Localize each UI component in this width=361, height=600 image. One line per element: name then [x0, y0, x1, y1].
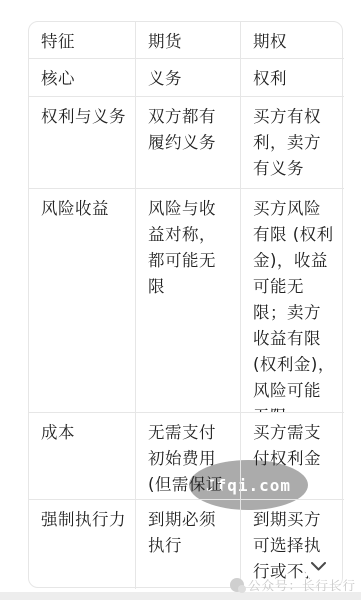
row-core-feature: 核心: [29, 59, 136, 97]
row-risk-feature: 风险收益: [29, 189, 136, 413]
row-risk-options: 买方风险有限 (权利金)，收益可能无限；卖方收益有限 (权利金)，风险可能无限: [241, 189, 344, 413]
row-cost-options: 买方需支付权利金: [241, 413, 344, 500]
row-risk-futures: 风险与收益对称，都可能无限: [136, 189, 241, 413]
row-cost-feature: 成本: [29, 413, 136, 500]
row-rights-options: 买方有权利，卖方有义务: [241, 97, 344, 189]
futures-options-comparison-table: 特征 期货 期权 核心 义务 权利 权利与义务 双方都有履约义务 买方有权利，卖…: [28, 21, 343, 588]
account-watermark: 公众号：长行长行: [230, 576, 356, 594]
row-enforce-futures: 到期必须执行: [136, 500, 241, 589]
chevron-down-icon: [311, 562, 326, 571]
row-core-futures: 义务: [136, 59, 241, 97]
row-rights-feature: 权利与义务: [29, 97, 136, 189]
row-cost-futures: 无需支付初始费用 (但需保证金): [136, 413, 241, 500]
header-cell-options: 期权: [241, 22, 344, 59]
header-cell-feature: 特征: [29, 22, 136, 59]
header-cell-futures: 期货: [136, 22, 241, 59]
row-core-options: 权利: [241, 59, 344, 97]
wechat-icon: [230, 578, 244, 592]
row-enforce-feature: 强制执行力: [29, 500, 136, 589]
account-watermark-text: 公众号：长行长行: [248, 576, 356, 594]
row-rights-futures: 双方都有履约义务: [136, 97, 241, 189]
